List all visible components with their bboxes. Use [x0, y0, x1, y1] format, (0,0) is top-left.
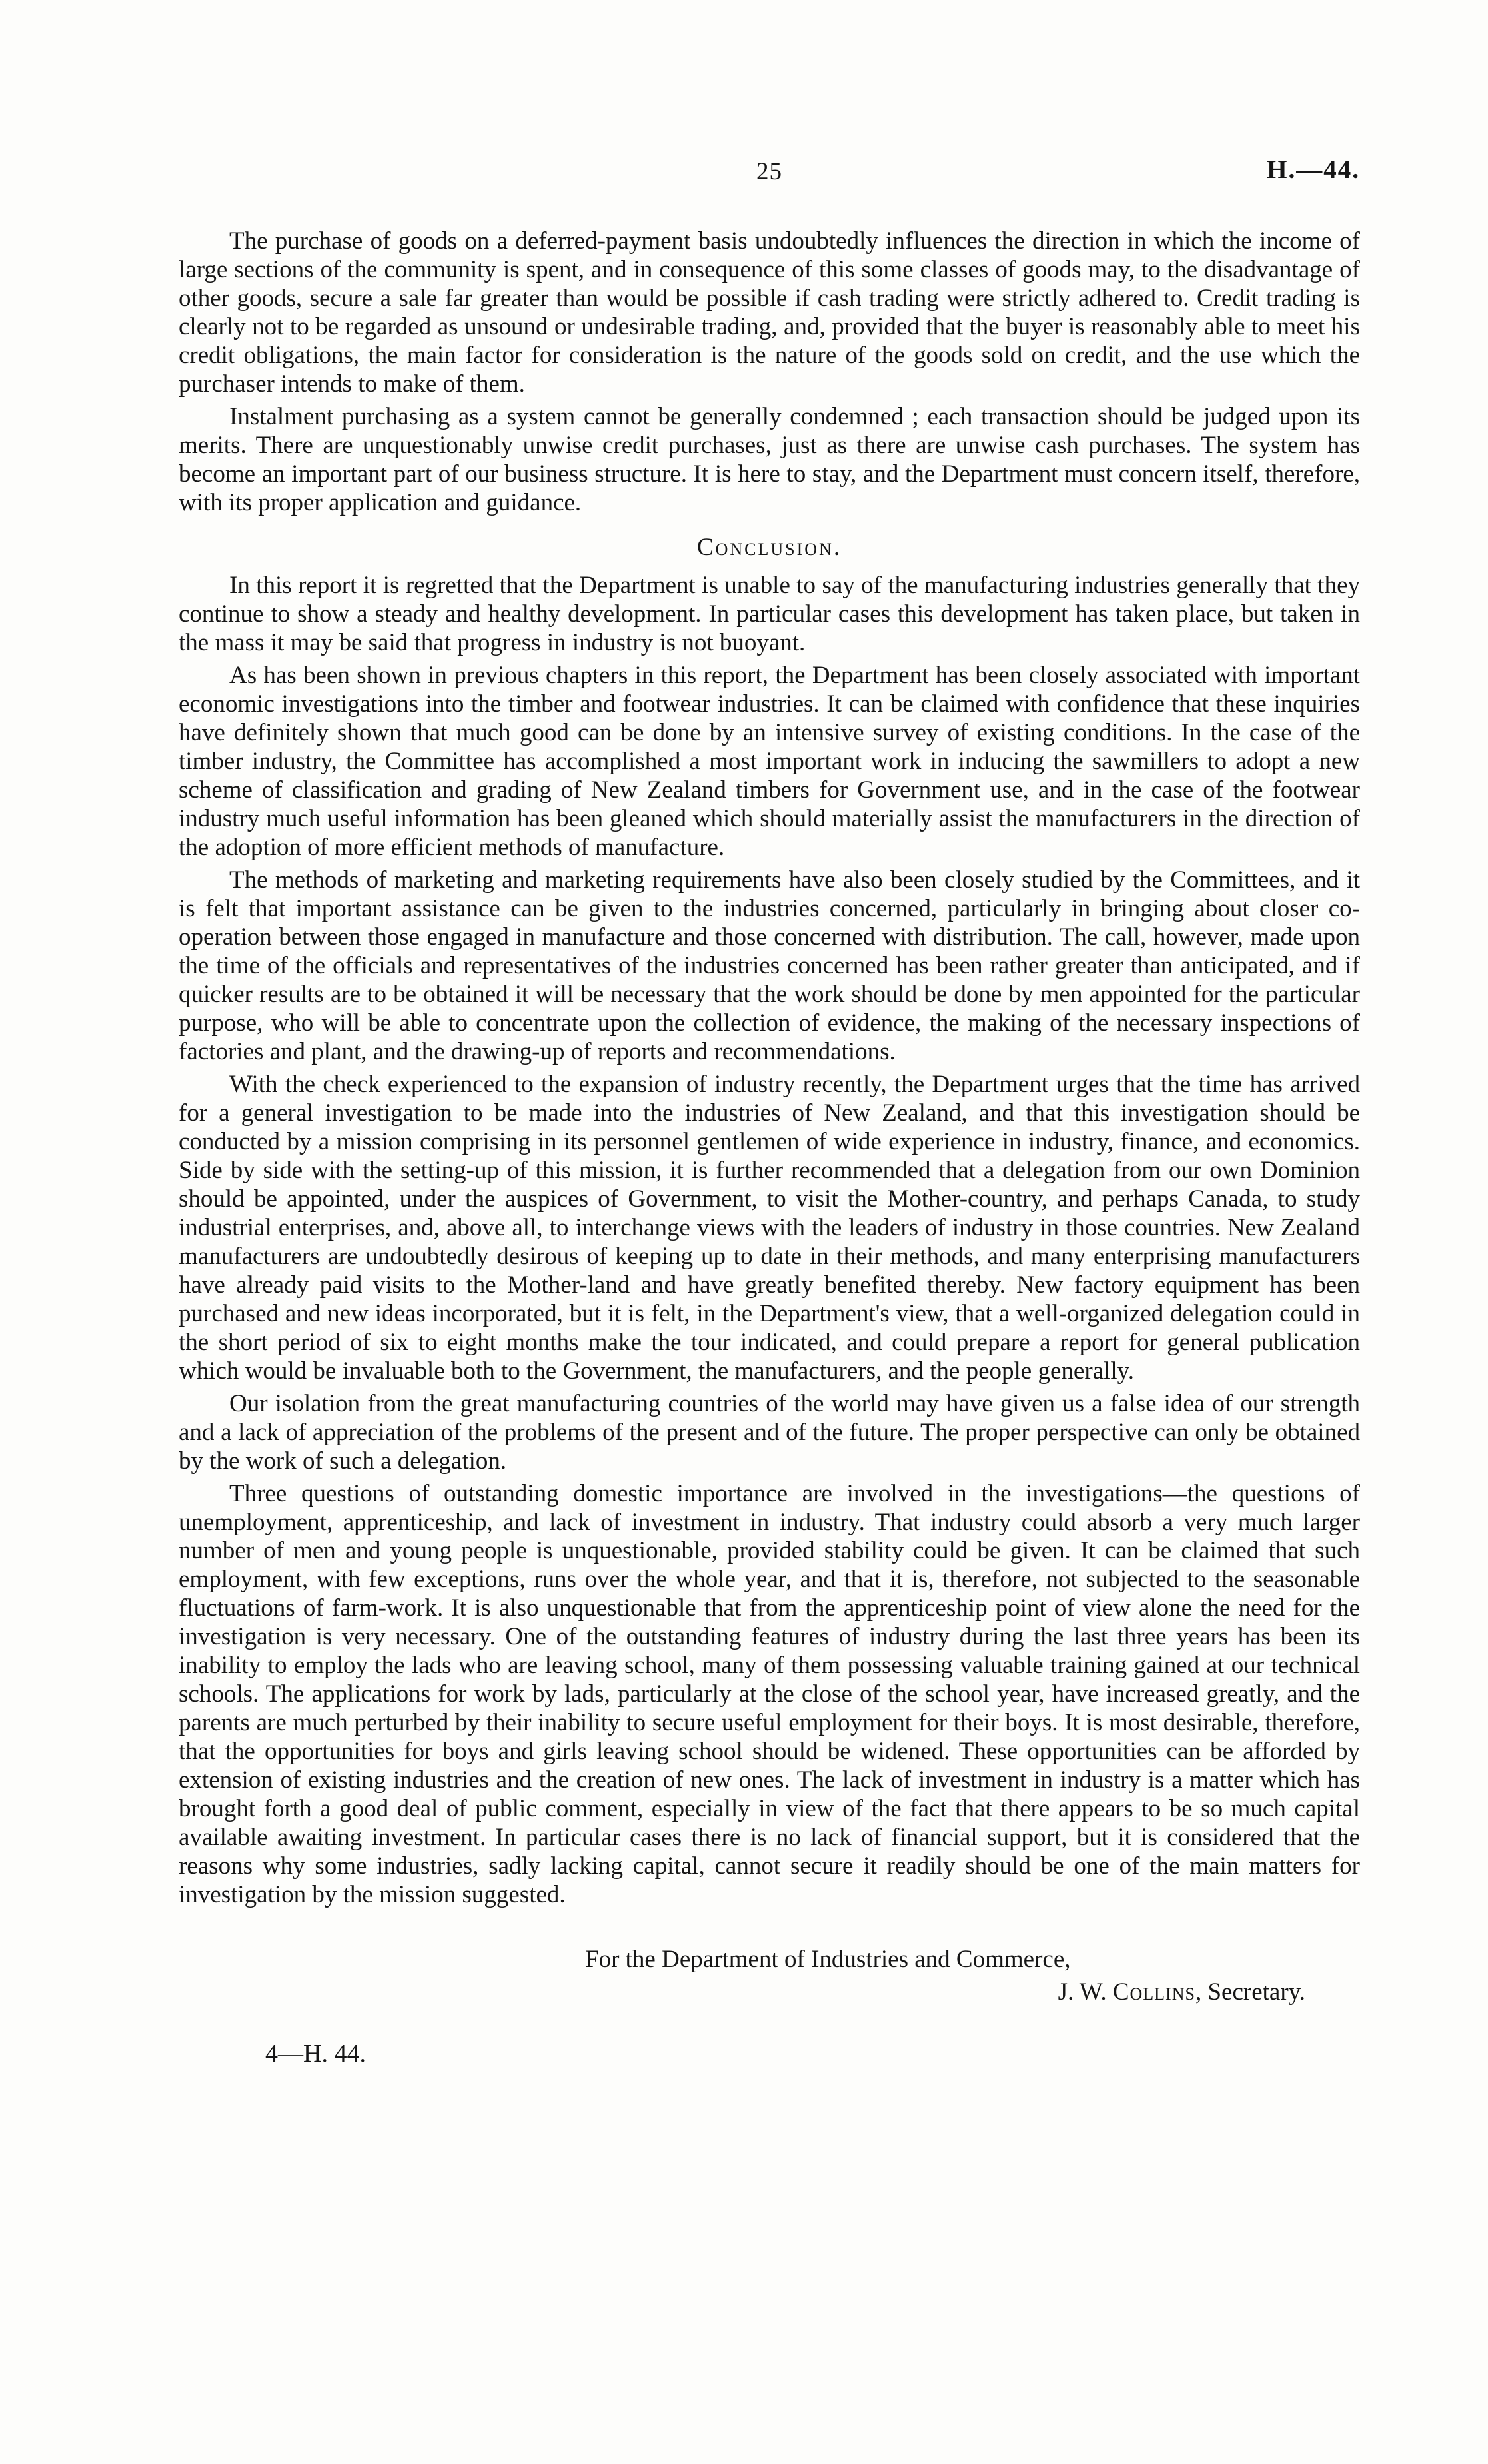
page-header: 25 H.—44.: [179, 157, 1360, 189]
paragraph-three-questions: Three questions of outstanding domestic …: [179, 1479, 1360, 1909]
signature-department-line: For the Department of Industries and Com…: [585, 1944, 1360, 1975]
signature-block: For the Department of Industries and Com…: [179, 1944, 1360, 2008]
paragraph-marketing-methods: The methods of marketing and marketing r…: [179, 866, 1360, 1066]
paragraph-conclusion-regret: In this report it is regretted that the …: [179, 571, 1360, 657]
paragraph-timber-footwear: As has been shown in previous chapters i…: [179, 661, 1360, 862]
paragraph-isolation: Our isolation from the great manufacturi…: [179, 1389, 1360, 1475]
page-number: 25: [179, 157, 1360, 186]
document-reference: H.—44.: [1267, 155, 1360, 185]
paragraph-instalment-purchasing: Instalment purchasing as a system cannot…: [179, 402, 1360, 517]
document-body: The purchase of goods on a deferred-paym…: [179, 227, 1360, 2068]
paragraph-general-investigation: With the check experienced to the expans…: [179, 1070, 1360, 1385]
paragraph-deferred-payment: The purchase of goods on a deferred-paym…: [179, 227, 1360, 398]
signature-name-line: J. W. Collins, Secretary.: [179, 1976, 1360, 2008]
text-column: 25 H.—44. The purchase of goods on a def…: [179, 157, 1360, 2068]
conclusion-heading: Conclusion.: [179, 533, 1360, 562]
signature-title: , Secretary.: [1195, 1978, 1305, 2006]
signature-name-prefix: J. W.: [1058, 1978, 1113, 2006]
document-page: 25 H.—44. The purchase of goods on a def…: [0, 0, 1488, 2464]
printers-mark: 4—H. 44.: [265, 2040, 1360, 2068]
signature-surname: Collins: [1113, 1978, 1195, 2006]
